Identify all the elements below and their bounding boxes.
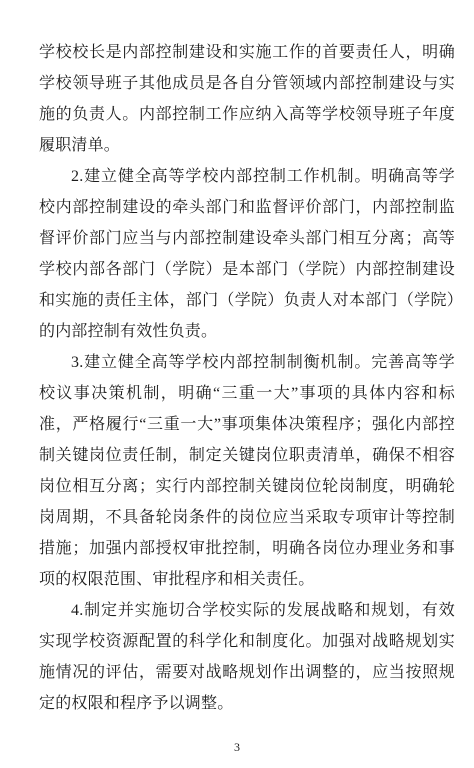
document-body-text: 学校校长是内部控制建设和实施工作的首要责任人，明确学校领导班子其他成员是各自分管… [39, 37, 455, 719]
paragraph-item-3: 3.建立健全高等学校内部控制制衡机制。完善高等学校议事决策机制，明确“三重一大”… [39, 347, 455, 595]
paragraph-item-2: 2.建立健全高等学校内部控制工作机制。明确高等学校内部控制建设的牵头部门和监督评… [39, 161, 455, 347]
document-page: 学校校长是内部控制建设和实施工作的首要责任人，明确学校领导班子其他成员是各自分管… [0, 0, 474, 768]
page-number: 3 [0, 740, 474, 755]
paragraph-item-4: 4.制定并实施切合学校实际的发展战略和规划，有效实现学校资源配置的科学化和制度化… [39, 595, 455, 719]
paragraph-continuation: 学校校长是内部控制建设和实施工作的首要责任人，明确学校领导班子其他成员是各自分管… [39, 37, 455, 161]
